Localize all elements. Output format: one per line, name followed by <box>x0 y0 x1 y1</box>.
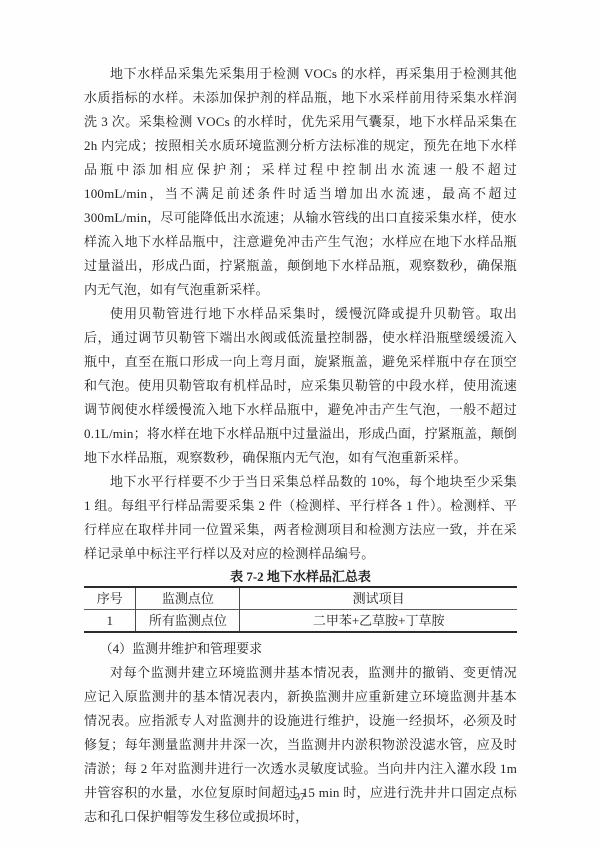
table-header-test-items: 测试项目 <box>240 587 517 610</box>
document-page: 地下水样品采集先采集用于检测 VOCs 的水样，再采集用于检测其他水质指标的水样… <box>0 0 600 848</box>
table-row: 1 所有监测点位 二甲苯+乙草胺+丁草胺 <box>84 610 517 633</box>
page-content: 地下水样品采集先采集用于检测 VOCs 的水样，再采集用于检测其他水质指标的水样… <box>84 62 517 829</box>
table-cell-seq: 1 <box>84 610 136 633</box>
groundwater-sample-summary-table: 序号 监测点位 测试项目 1 所有监测点位 二甲苯+乙草胺+丁草胺 <box>84 586 517 633</box>
subsection-heading-well-maintenance: （4）监测井维护和管理要求 <box>84 637 517 661</box>
paragraph-well-maintenance: 对每个监测井建立环境监测井基本情况表，监测井的撤销、变更情况应记入原监测井的基本… <box>84 661 517 829</box>
paragraph-bailer-sampling: 使用贝勒管进行地下水样品采集时，缓慢沉降或提升贝勒管。取出后，通过调节贝勒管下端… <box>84 302 517 470</box>
table-header-seq: 序号 <box>84 587 136 610</box>
paragraph-parallel-samples: 地下水平行样要不少于当日采集总样品数的 10%，每个地块至少采集 1 组。每组平… <box>84 470 517 566</box>
table-caption: 表 7-2 地下水样品汇总表 <box>84 567 517 586</box>
paragraph-groundwater-sampling: 地下水样品采集先采集用于检测 VOCs 的水样，再采集用于检测其他水质指标的水样… <box>84 62 517 302</box>
table-header-row: 序号 监测点位 测试项目 <box>84 587 517 610</box>
table-cell-monitoring-point: 所有监测点位 <box>136 610 240 633</box>
page-number: 37 <box>0 792 600 803</box>
table-header-monitoring-point: 监测点位 <box>136 587 240 610</box>
table-cell-test-items: 二甲苯+乙草胺+丁草胺 <box>240 610 517 633</box>
